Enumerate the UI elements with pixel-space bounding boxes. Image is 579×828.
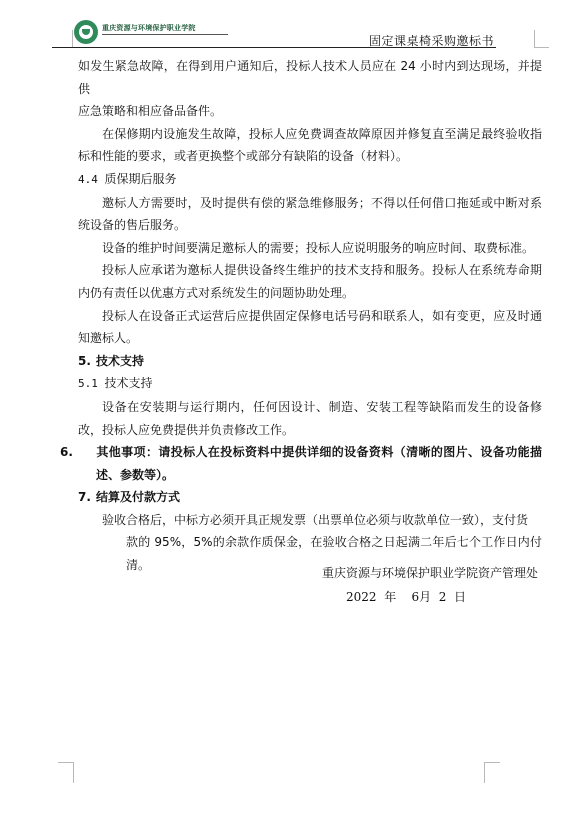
crop-mark-top-right [534,30,549,48]
crop-mark-bottom-right [484,762,500,783]
section-6-text: 其他事项：请投标人在投标资料中提供详细的设备资料（清晰的图片、设备功能描述、参数… [96,445,542,482]
school-name: 重庆资源与环境保护职业学院 [102,23,196,33]
section-4-4-number: 4.4 [78,173,98,186]
section-5-title: 技术支持 [96,354,144,368]
date-year-unit: 年 [384,590,396,604]
section-5-1-title: 技术支持 [105,376,153,390]
section-5-heading: 5.技术支持 [78,350,542,373]
date-month-unit: 月 [419,590,431,604]
paragraph-tech-support: 设备在安装期与运行期内，任何因设计、制造、安装工程等缺陷而发生的设备修改，投标人… [78,396,542,441]
paragraph-paid-repair: 邀标人方需要时，及时提供有偿的紧急维修服务；不得以任何借口拖延或中断对系统设备的… [78,192,542,237]
crop-mark-bottom-left [58,762,74,783]
school-logo-icon [74,20,98,44]
paragraph-emergency-line2: 应急策略和相应备品备件。 [78,100,542,123]
signature-organization: 重庆资源与环境保护职业学院资产管理处 [322,564,538,581]
section-7-heading: 7.结算及付款方式 [78,486,542,509]
section-4-4-heading: 4.4 质保期后服务 [78,168,542,192]
header-rule [52,47,496,48]
payment-terms-line1: 验收合格后，中标方必须开具正规发票（出票单位必须与收款单位一致），支付货 [78,509,542,532]
section-7-number: 7. [78,486,96,509]
section-5-1-heading: 5.1 技术支持 [78,372,542,396]
paragraph-contact-info: 投标人在设备正式运营后应提供固定保修电话号码和联系人，如有变更，应及时通知邀标人… [78,305,542,350]
paragraph-warranty-repair: 在保修期内设施发生故障，投标人应免费调查故障原因并修复直至满足最终验收指标和性能… [78,123,542,168]
crop-mark-top-right-horizontal [535,47,549,48]
signature-date: 2022 年 6月 2 日 [346,588,466,605]
page-header: 重庆资源与环境保护职业学院 固定课桌椅采购邀标书 [52,14,530,48]
section-7-title: 结算及付款方式 [96,490,180,504]
date-day: 2 [439,590,447,604]
section-5-number: 5. [78,350,96,373]
section-4-4-title: 质保期后服务 [105,172,177,186]
section-6-number: 6. [78,441,96,464]
school-name-english-rule [102,34,228,38]
document-body: 如发生紧急故障，在得到用户通知后，投标人技术人员应在 24 小时内到达现场，并提… [78,55,542,577]
paragraph-maintenance-time: 设备的维护时间要满足邀标人的需要；投标人应说明服务的响应时间、取费标准。 [78,237,542,260]
section-6-other-matters: 6.其他事项：请投标人在投标资料中提供详细的设备资料（清晰的图片、设备功能描述、… [78,441,542,486]
date-month: 6 [411,590,419,604]
paragraph-emergency-line1: 如发生紧急故障，在得到用户通知后，投标人技术人员应在 24 小时内到达现场，并提… [78,55,542,100]
date-year: 2022 [346,590,377,604]
date-day-unit: 日 [454,590,466,604]
section-5-1-number: 5.1 [78,377,98,390]
document-page: 重庆资源与环境保护职业学院 固定课桌椅采购邀标书 如发生紧急故障，在得到用户通知… [0,0,579,828]
paragraph-lifetime-support: 投标人应承诺为邀标人提供设备终生维护的技术支持和服务。投标人在系统寿命期内仍有责… [78,259,542,304]
